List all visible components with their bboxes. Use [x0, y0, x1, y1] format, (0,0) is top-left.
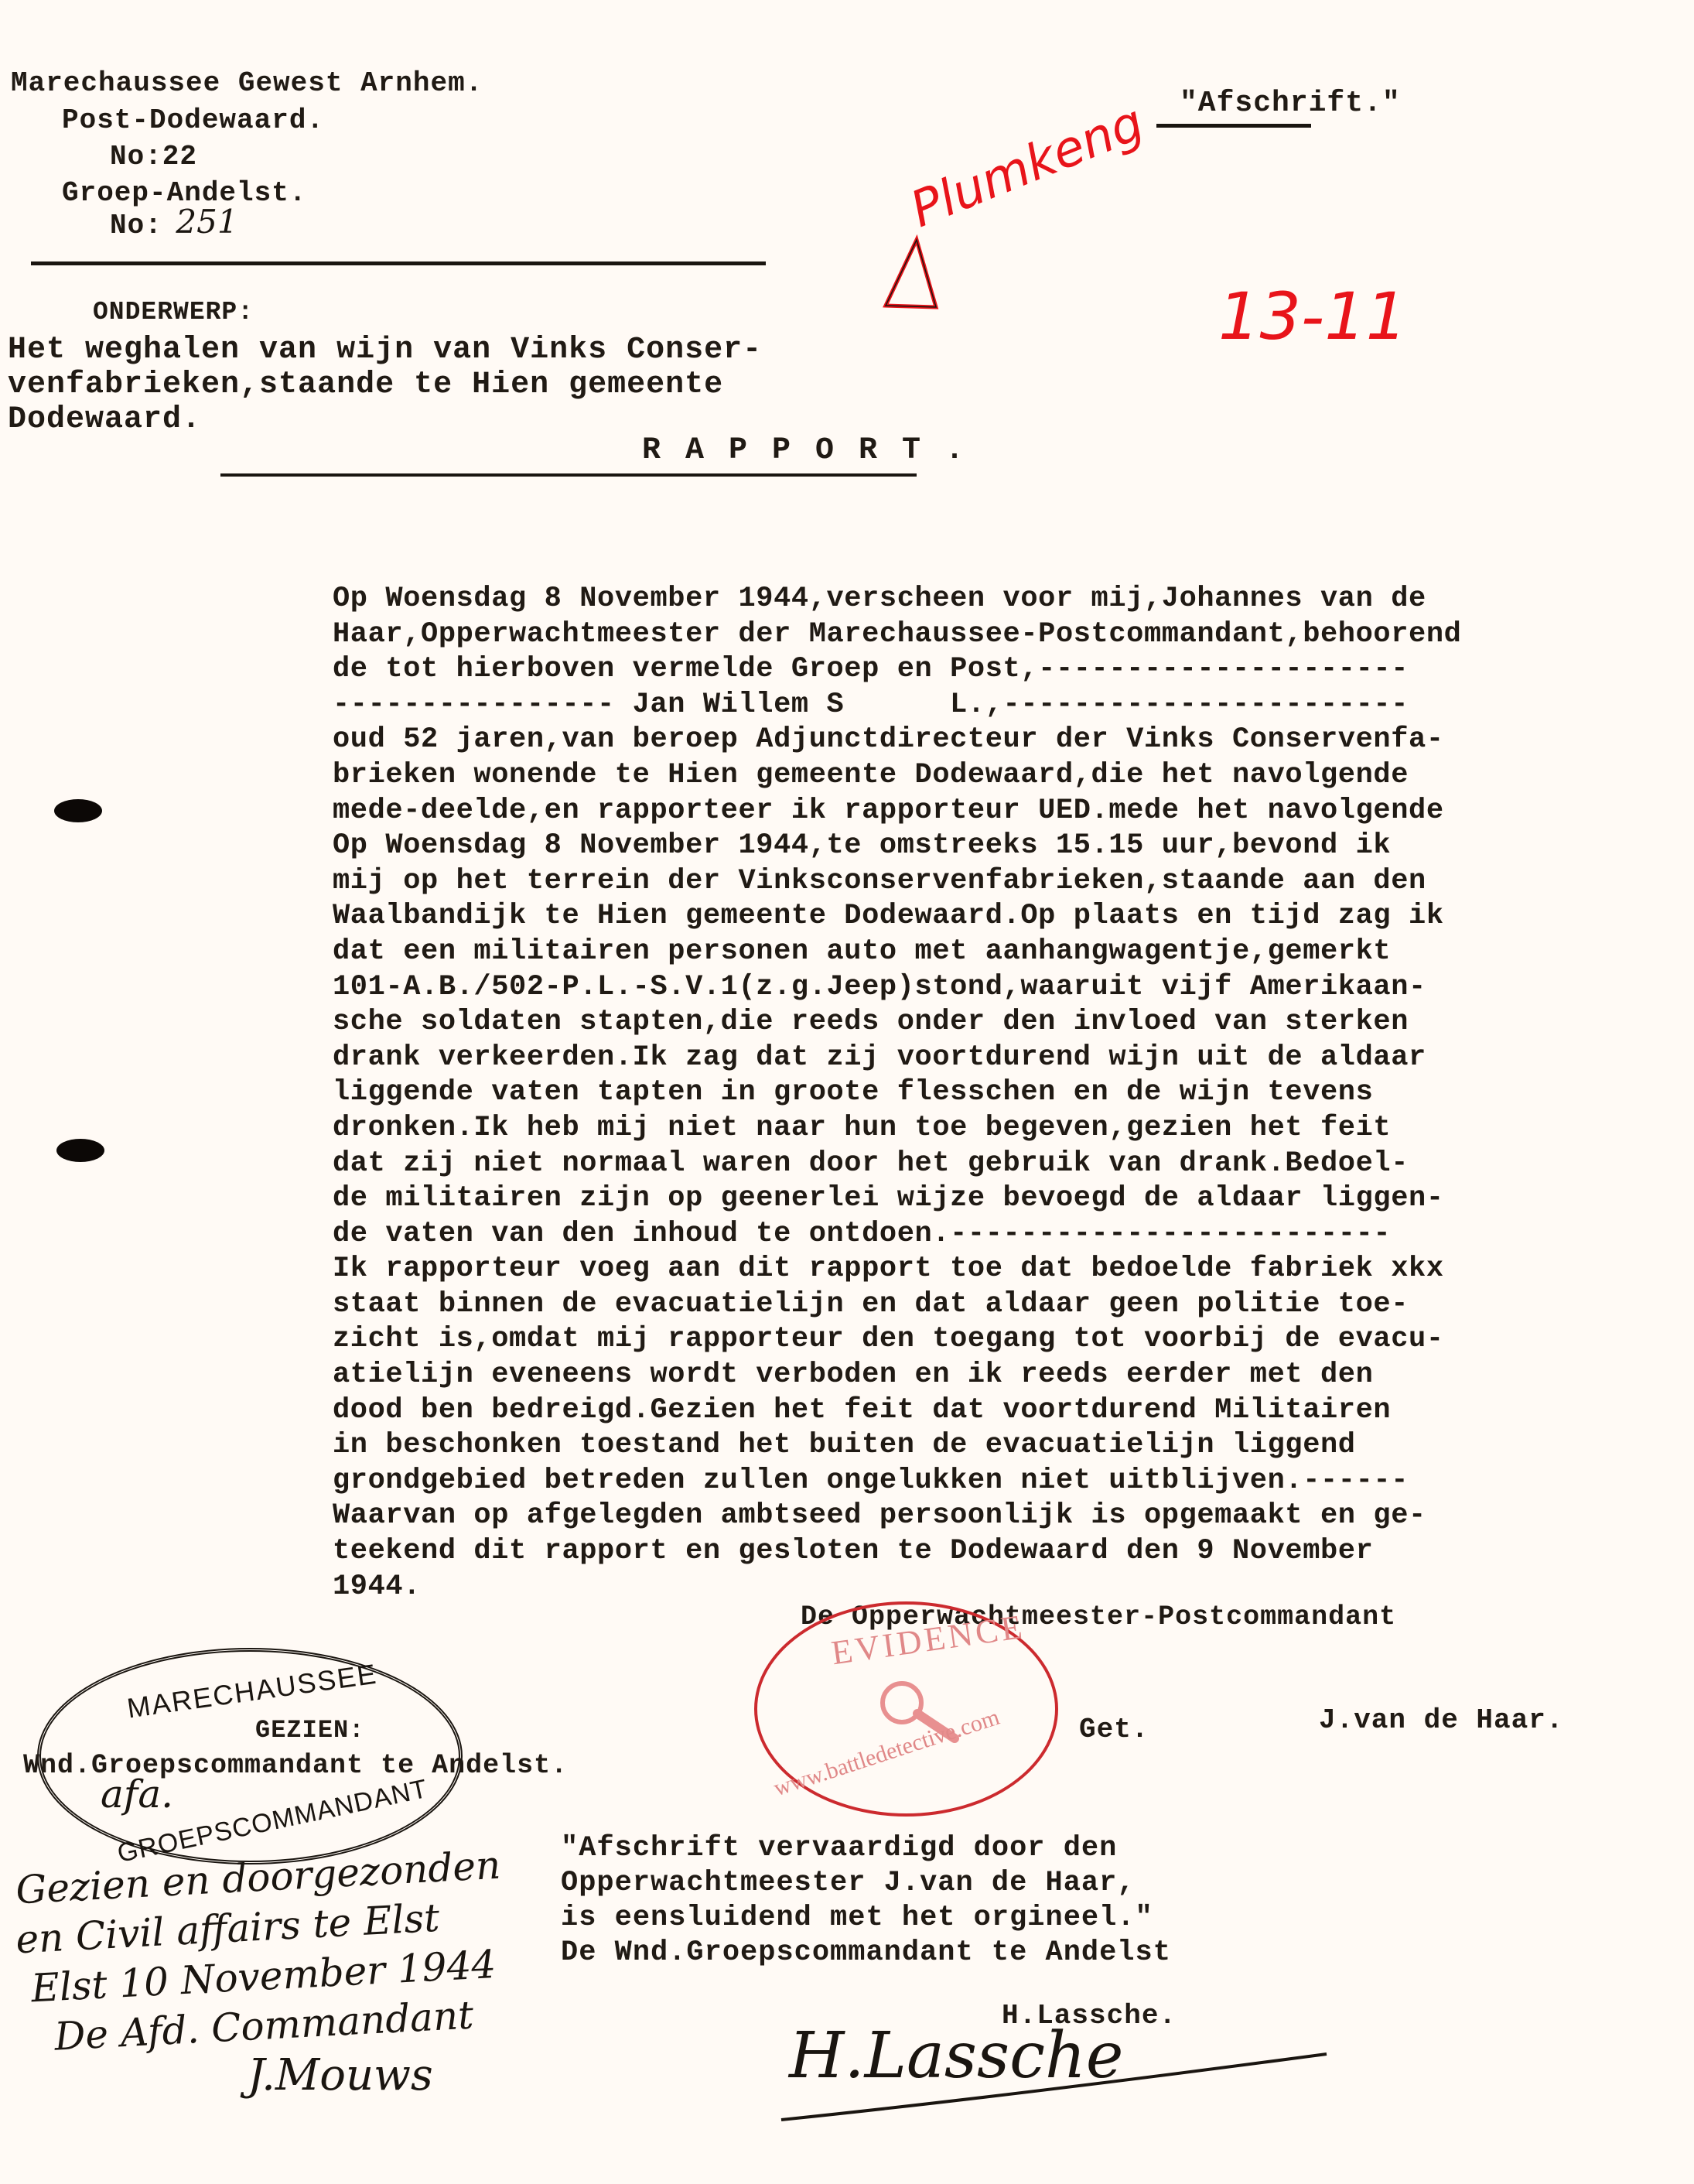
header-divider — [31, 261, 766, 265]
body-line: Waarvan op afgelegden ambtseed persoonli… — [333, 1499, 1461, 1534]
subject-line: Het weghalen van wijn van Vinks Conser- — [8, 333, 762, 367]
copy-label-underline — [1156, 124, 1311, 128]
body-line: Haar,Opperwachtmeester der Marechaussee-… — [333, 617, 1461, 653]
body-line: mede-deelde,en rapporteer ik rapporteur … — [333, 794, 1461, 829]
body-line: Waalbandijk te Hien gemeente Dodewaard.O… — [333, 899, 1461, 935]
red-triangle-mark — [882, 232, 975, 317]
subject-block: Het weghalen van wijn van Vinks Conser- … — [8, 333, 762, 437]
body-line: dood ben bedreigd.Gezien het feit dat vo… — [333, 1393, 1461, 1429]
body-line: in beschonken toestand het buiten de eva… — [333, 1428, 1461, 1464]
stamp-top-text: MARECHAUSSEE — [125, 1658, 380, 1725]
header-group-number: No: 251 — [110, 203, 238, 248]
body-line: grondgebied betreden zullen ongelukken n… — [333, 1464, 1461, 1499]
body-line: dat een militairen personen auto met aan… — [333, 935, 1461, 970]
attestation-line: "Afschrift vervaardigd door den — [561, 1831, 1171, 1866]
body-line-name: ---------------- Jan Willem S L.,-------… — [333, 688, 1461, 723]
body-line: liggende vaten tapten in groote flessche… — [333, 1075, 1461, 1111]
subject-line: venfabrieken,staande te Hien gemeente — [8, 367, 762, 402]
attestation-line: De Wnd.Groepscommandant te Andelst — [561, 1936, 1171, 1970]
group-number-handwritten: 251 — [176, 203, 237, 241]
copy-attestation: "Afschrift vervaardigd door den Opperwac… — [561, 1831, 1171, 1970]
attestation-line: is eensluidend met het orgineel." — [561, 1901, 1171, 1936]
report-body: Op Woensdag 8 November 1944,verscheen vo… — [333, 582, 1461, 1605]
body-line: de vaten van den inhoud te ontdoen.-----… — [333, 1217, 1461, 1253]
body-line: Op Woensdag 8 November 1944,te omstreeks… — [333, 829, 1461, 864]
body-line: teekend dit rapport en gesloten te Dodew… — [333, 1534, 1461, 1570]
body-line: Ik rapporteur voeg aan dit rapport toe d… — [333, 1252, 1461, 1287]
body-line: dat zij niet normaal waren door het gebr… — [333, 1147, 1461, 1182]
body-line: brieken wonende te Hien gemeente Dodewaa… — [333, 758, 1461, 794]
report-title-underline — [220, 473, 917, 477]
body-line: Op Woensdag 8 November 1944,verscheen vo… — [333, 582, 1461, 617]
attestation-line: Opperwachtmeester J.van de Haar, — [561, 1866, 1171, 1901]
body-line: dronken.Ik heb mij niet naar hun toe beg… — [333, 1111, 1461, 1147]
punch-hole-bottom — [56, 1139, 104, 1162]
body-line: zicht is,omdat mij rapporteur den toegan… — [333, 1322, 1461, 1358]
copy-label: "Afschrift." — [1180, 87, 1401, 120]
body-line: de militairen zijn op geenerlei wijze be… — [333, 1181, 1461, 1217]
punch-hole-top — [54, 799, 102, 822]
subject-line: Dodewaard. — [8, 402, 762, 437]
seen-label: GEZIEN: — [255, 1716, 364, 1745]
subject-label: ONDERWERP: — [93, 298, 254, 326]
body-line: sche soldaten stapten,die reeds onder de… — [333, 1005, 1461, 1041]
body-line: drank verkeerden.Ik zag dat zij voortdur… — [333, 1041, 1461, 1076]
red-pencil-signature: Plumkeng — [903, 94, 1152, 239]
handwritten-note: Gezien en doorgezonden en Civil affairs … — [15, 1853, 500, 2100]
report-title: R A P P O R T . — [642, 433, 967, 468]
body-line: oud 52 jaren,van beroep Adjunctdirecteur… — [333, 723, 1461, 758]
attestation-signature-underline — [774, 2042, 1330, 2128]
evidence-stamp: EVIDENCE www.battledetective.com — [754, 1601, 1058, 1817]
red-pencil-number: 13-11 — [1218, 279, 1407, 354]
body-line: staat binnen de evacuatielijn en dat ald… — [333, 1287, 1461, 1323]
body-line: atielijn eveneens wordt verboden en ik r… — [333, 1358, 1461, 1393]
body-line: 101-A.B./502-P.L.-S.V.1(z.g.Jeep)stond,w… — [333, 970, 1461, 1006]
group-number-label: No: — [110, 210, 162, 241]
seen-initials: afa. — [101, 1772, 173, 1817]
signatory-name: J.van de Haar. — [1319, 1704, 1563, 1736]
body-line: mij op het terrein der Vinksconservenfab… — [333, 864, 1461, 900]
body-line: de tot hierboven vermelde Groep en Post,… — [333, 652, 1461, 688]
body-line: 1944. — [333, 1570, 1461, 1605]
signed-label: Get. — [1079, 1714, 1149, 1745]
evidence-stamp-top: EVIDENCE — [829, 1607, 1028, 1673]
